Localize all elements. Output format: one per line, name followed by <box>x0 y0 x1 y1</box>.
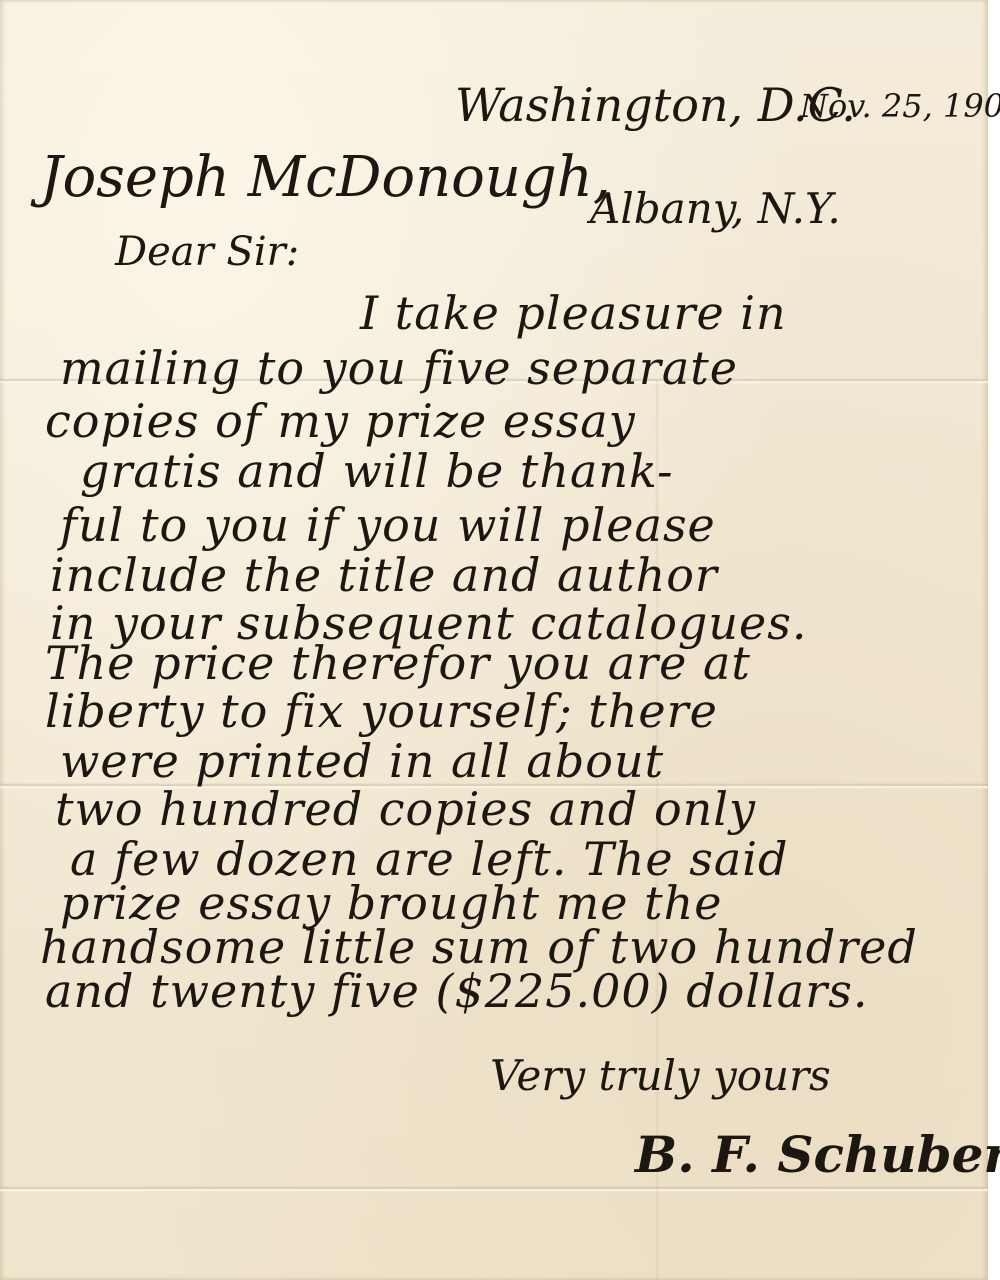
letter-place: Washington, D.C. <box>455 82 856 128</box>
recipient-city: Albany, N.Y. <box>590 188 841 230</box>
body-line: The price therefor you are at <box>45 640 751 686</box>
body-line: and twenty five ($225.00) dollars. <box>45 968 868 1014</box>
body-line: I take pleasure in <box>360 290 787 336</box>
fold-crease-lower <box>0 1186 988 1192</box>
body-line: gratis and will be thank- <box>80 448 674 494</box>
closing: Very truly yours <box>490 1055 831 1097</box>
body-line: copies of my prize essay <box>45 398 636 444</box>
body-line: liberty to fix yourself; there <box>45 688 718 734</box>
signature: B. F. Schubert <box>635 1130 1000 1180</box>
body-line: ful to you if you will please <box>60 502 716 548</box>
body-line: were printed in all about <box>60 738 664 784</box>
body-line: mailing to you five separate <box>60 345 738 391</box>
body-line: include the title and author <box>50 552 718 598</box>
salutation: Dear Sir: <box>115 232 299 272</box>
letter-date: Nov. 25, 1902. <box>800 90 1000 122</box>
body-line: two hundred copies and only <box>55 786 756 832</box>
recipient-name: Joseph McDonough, <box>40 150 611 206</box>
letter-paper: Washington, D.C. Nov. 25, 1902. Joseph M… <box>0 0 988 1280</box>
